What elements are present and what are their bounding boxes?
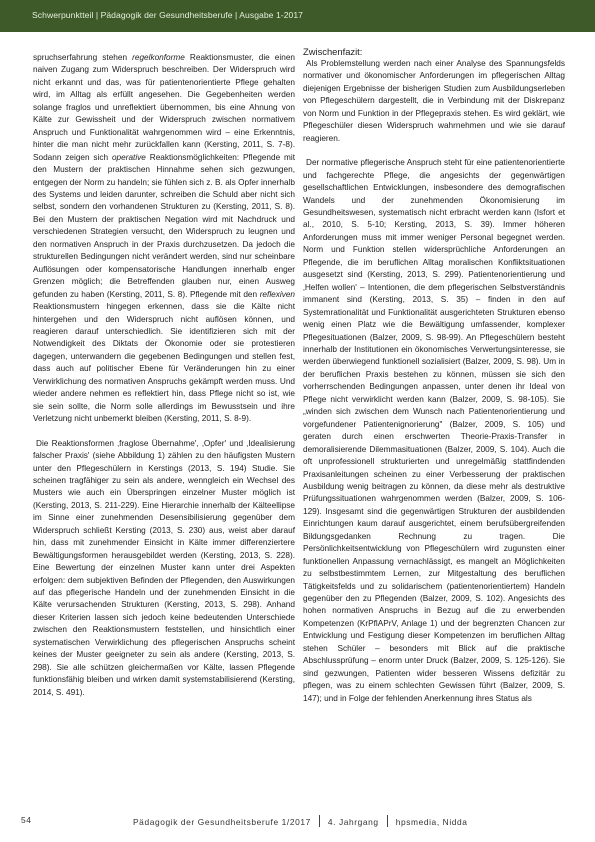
text-run: Reaktionsmustern hingegen erkennen, dass… xyxy=(33,302,295,423)
section-subheading: Zwischenfazit: xyxy=(303,45,565,58)
emphasis-reflexiven: reflexiven xyxy=(260,290,295,299)
page-number: 54 xyxy=(21,815,32,825)
running-header: Schwerpunktteil | Pädagogik der Gesundhe… xyxy=(0,0,595,32)
volume-label: 4. Jahrgang xyxy=(328,817,379,827)
text-run: Reaktionsmöglichkeiten: Pflegende mit de… xyxy=(33,153,295,299)
emphasis-operative: operative xyxy=(112,153,146,162)
journal-title: Pädagogik der Gesundheitsberufe 1/2017 xyxy=(133,817,311,827)
left-column: spruchserfahrung stehen regelkonforme Re… xyxy=(33,52,295,699)
body-paragraph: Der normative pflegerische Anspruch steh… xyxy=(303,157,565,705)
footer-divider xyxy=(387,815,388,827)
publisher-label: hpsmedia, Nidda xyxy=(396,817,468,827)
footer-info: Pädagogik der Gesundheitsberufe 1/20174.… xyxy=(133,815,468,827)
emphasis-regelkonforme: regelkonforme xyxy=(132,53,185,62)
text-run: Reaktionsmuster, die einen naiven Zugang… xyxy=(33,53,295,162)
body-paragraph: spruchserfahrung stehen regelkonforme Re… xyxy=(33,52,295,426)
right-column: Zwischenfazit: Als Problemstellung werde… xyxy=(303,45,565,705)
body-paragraph: Als Problemstellung werden nach einer An… xyxy=(303,58,565,145)
text-run: spruchserfahrung stehen xyxy=(33,53,132,62)
running-title: Schwerpunktteil | Pädagogik der Gesundhe… xyxy=(32,10,303,20)
body-paragraph: Die Reaktionsformen ‚fraglose Übernahme'… xyxy=(33,438,295,700)
footer-divider xyxy=(319,815,320,827)
